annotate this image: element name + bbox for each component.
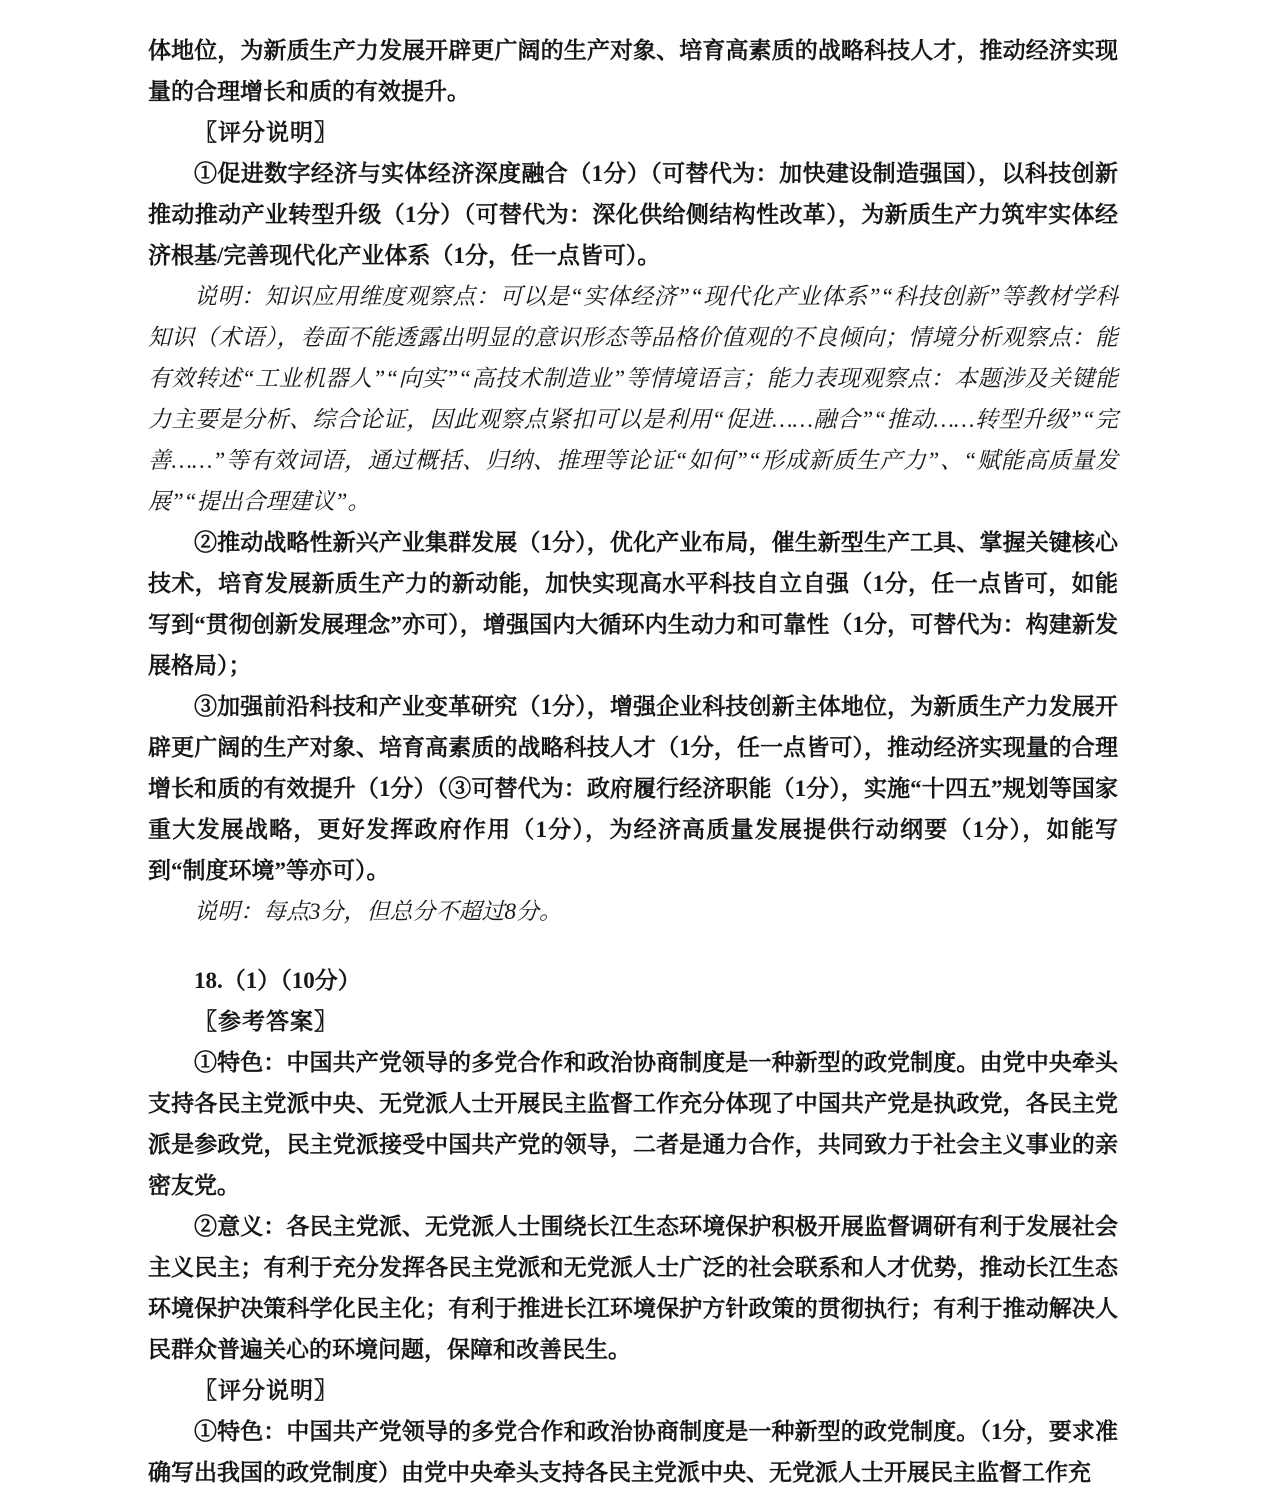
q18-answer-point-1: ①特色：中国共产党领导的多党合作和政治协商制度是一种新型的政党制度。由党中央牵头… [148,1042,1118,1206]
q17-scoring-point-1: ①促进数字经济与实体经济深度融合（1分）（可替代为：加快建设制造强国），以科技创… [148,153,1118,276]
q18-reference-answer-heading: 〖参考答案〗 [148,1001,1118,1042]
q18-answer-point-2: ②意义：各民主党派、无党派人士围绕长江生态环境保护积极开展监督调研有利于发展社会… [148,1206,1118,1370]
document-page: 体地位，为新质生产力发展开辟更广阔的生产对象、培育高素质的战略科技人才，推动经济… [0,0,1266,1505]
q17-scoring-notes-heading: 〖评分说明〗 [148,112,1118,153]
q17-scoring-point-2: ②推动战略性新兴产业集群发展（1分），优化产业布局，催生新型生产工具、掌握关键核… [148,522,1118,686]
q17-scoring-note-detail: 说明：知识应用维度观察点：可以是“实体经济”“现代化产业体系”“科技创新”等教材… [148,276,1118,522]
q18-scoring-point-1: ①特色：中国共产党领导的多党合作和政治协商制度是一种新型的政党制度。（1分，要求… [148,1411,1118,1493]
q17-scoring-point-3: ③加强前沿科技和产业变革研究（1分），增强企业科技创新主体地位，为新质生产力发展… [148,686,1118,891]
q18-scoring-notes-heading: 〖评分说明〗 [148,1370,1118,1411]
q17-answer-continuation-paragraph: 体地位，为新质生产力发展开辟更广阔的生产对象、培育高素质的战略科技人才，推动经济… [148,30,1118,112]
q18-question-number: 18.（1）（10分） [148,960,1118,1001]
q17-scoring-note-total: 说明：每点3分，但总分不超过8分。 [148,891,1118,932]
